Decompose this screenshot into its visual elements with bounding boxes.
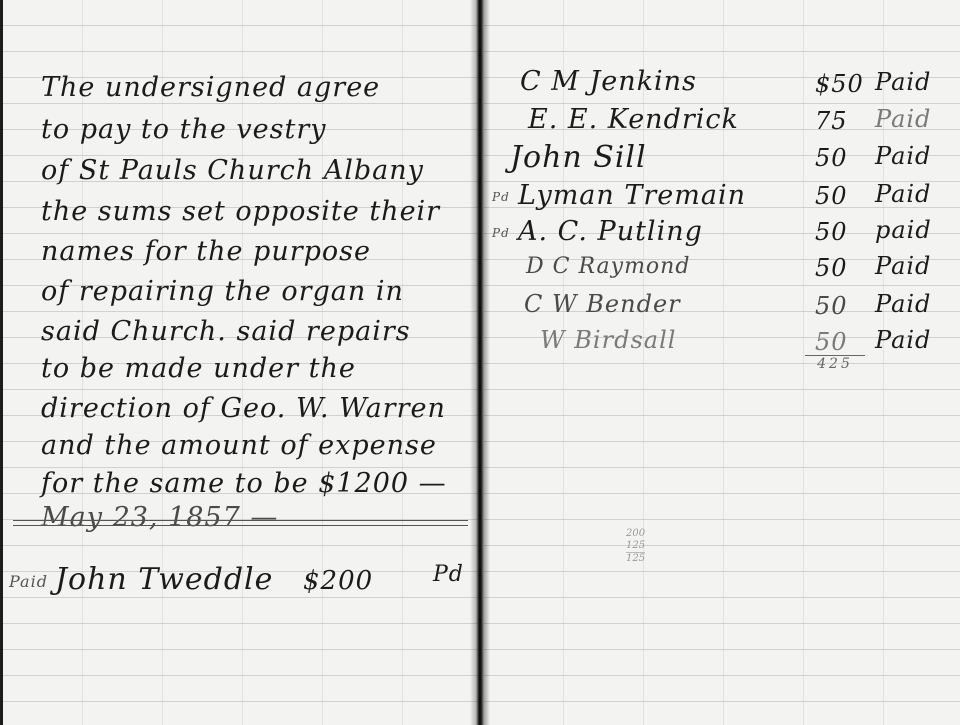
subscriber-status: Paid bbox=[875, 290, 931, 318]
paragraph-line: to be made under the bbox=[41, 353, 356, 384]
subscription-total: 425 bbox=[805, 355, 865, 372]
book-gutter bbox=[470, 0, 490, 725]
subscriber-name: Lyman Tremain bbox=[518, 180, 746, 211]
entry-prefix: Paid bbox=[9, 572, 48, 591]
date-line: May 23, 1857 — bbox=[41, 502, 278, 533]
subscriber-name: John Sill bbox=[510, 140, 647, 175]
paragraph-line: to pay to the vestry bbox=[41, 114, 327, 145]
subscriber-amount: 50 bbox=[815, 328, 848, 356]
subscriber-amount: 50 bbox=[815, 292, 848, 320]
subscriber-amount: 50 bbox=[815, 218, 848, 246]
left-page: The undersigned agree to pay to the vest… bbox=[0, 0, 478, 725]
subscriber-name: D C Raymond bbox=[526, 254, 690, 279]
subscriber-status: Paid bbox=[875, 326, 931, 354]
subscriber-amount: $50 bbox=[815, 70, 864, 98]
paragraph-line: of St Pauls Church Albany bbox=[41, 155, 424, 186]
paragraph-line: of repairing the organ in bbox=[41, 276, 404, 307]
subscriber-name: E. E. Kendrick bbox=[528, 104, 739, 135]
paragraph-line: for the same to be $1200 — bbox=[41, 468, 447, 499]
pencil-figure: 200 bbox=[626, 528, 645, 540]
ledger-spread: The undersigned agree to pay to the vest… bbox=[0, 0, 960, 725]
paragraph-line: and the amount of expense bbox=[41, 430, 437, 461]
double-rule-divider bbox=[13, 520, 468, 526]
paragraph-line: said Church. said repairs bbox=[41, 316, 411, 347]
pencil-calculation: 200 125 125 bbox=[626, 528, 645, 565]
paragraph-line: the sums set opposite their bbox=[41, 196, 440, 227]
subscriber-status: Paid bbox=[875, 105, 931, 133]
subscriber-status: Paid bbox=[875, 252, 931, 280]
paragraph-line: direction of Geo. W. Warren bbox=[41, 393, 446, 424]
subscriber-name: C M Jenkins bbox=[520, 66, 697, 97]
paragraph-line: The undersigned agree bbox=[41, 72, 380, 103]
subscriber-status: Paid bbox=[875, 180, 931, 208]
paragraph-line: names for the purpose bbox=[41, 236, 371, 267]
subscriber-amount: 75 bbox=[815, 107, 848, 135]
subscriber-prefix: Pd bbox=[492, 190, 510, 204]
subscriber-name: C W Bender bbox=[524, 290, 681, 318]
pencil-figure: 125 bbox=[626, 552, 645, 565]
subscriber-amount: 50 bbox=[815, 254, 848, 282]
pencil-figure: 125 bbox=[626, 540, 645, 552]
subscriber-amount: 50 bbox=[815, 182, 848, 210]
subscriber-status: Paid bbox=[875, 142, 931, 170]
subscriber-prefix: Pd bbox=[492, 226, 510, 240]
entry-paid-mark: Pd bbox=[433, 562, 464, 587]
subscriber-status: Paid bbox=[875, 68, 931, 96]
subscriber-name: W Birdsall bbox=[540, 326, 676, 354]
subscriber-status: paid bbox=[875, 216, 932, 244]
entry-amount: $200 bbox=[303, 566, 373, 596]
entry-name: John Tweddle bbox=[55, 562, 273, 597]
subscriber-name: A. C. Putling bbox=[518, 216, 703, 247]
subscriber-amount: 50 bbox=[815, 144, 848, 172]
